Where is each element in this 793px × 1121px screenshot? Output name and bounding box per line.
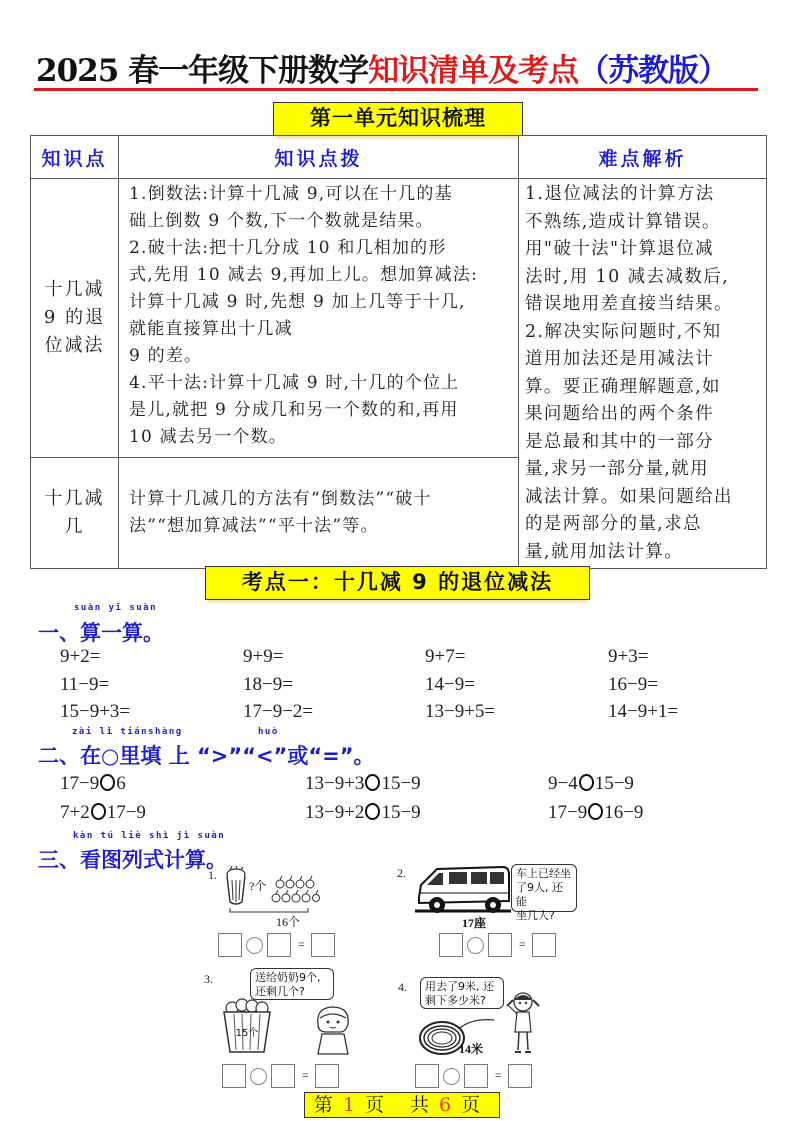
knowledge-table: 知识点 知识点拨 难点解析 十几减 9 的退 位减法 1.倒数法:计算十几减 9… [30, 135, 767, 569]
compare-right: 15−9 [381, 802, 420, 823]
topic-line: 位减法 [35, 332, 114, 360]
analysis-line: 量,就用加法计算。 [525, 539, 760, 567]
speech-box: 车上已经坐 了9人, 还能 坐几人? [511, 864, 577, 912]
title-grade-subject: 2025 春一年级下册数学 [36, 53, 368, 89]
analysis-line: 2.解决实际问题时,不知 [525, 319, 760, 347]
current-page-number: 1 [343, 1094, 365, 1116]
calc-item: 14−9= [425, 674, 475, 696]
tips-cell: 1.倒数法:计算十几减 9,可以在十几的基 础上倒数 9 个数,下一个数就是结果… [119, 179, 519, 458]
calc-item: 17−9−2= [243, 701, 313, 723]
section1-pinyin: suàn yī suàn [74, 603, 157, 613]
compare-left: 9−4 [548, 773, 578, 794]
speech-box: 用去了9米, 还 剩下多少米? [420, 977, 504, 1009]
compare-circle-slot[interactable] [579, 774, 594, 791]
radish-group-icon [270, 874, 320, 908]
seat-count-label: 17座 [462, 914, 486, 931]
compare-item: 13−9+215−9 [305, 802, 421, 824]
section1-heading: 一、算一算。 [38, 617, 164, 647]
compare-item: 9−415−9 [548, 773, 634, 795]
answer-box[interactable] [439, 933, 463, 957]
compare-item: 17−96 [60, 773, 126, 795]
tip-line: 础上倒数 9 个数,下一个数就是结果。 [129, 208, 510, 235]
table-row: 十几减 9 的退 位减法 1.倒数法:计算十几减 9,可以在十几的基 础上倒数 … [31, 179, 767, 458]
footer-suffix: 页 [461, 1094, 490, 1116]
compare-left: 17−9 [60, 773, 99, 794]
speech-line: 还剩几个? [255, 985, 329, 999]
calc-item: 13−9+5= [425, 701, 495, 723]
analysis-line: 果问题给出的两个条件 [525, 401, 760, 429]
topic-line: 几 [35, 513, 114, 541]
analysis-line: 算。要正确理解题意,如 [525, 374, 760, 402]
answer-box[interactable] [508, 1064, 532, 1088]
operator-circle[interactable] [250, 1068, 267, 1085]
compare-circle-slot[interactable] [588, 803, 603, 820]
problem-number: 2. [397, 866, 406, 881]
compare-right: 6 [116, 773, 126, 794]
compare-circle-slot[interactable] [91, 803, 106, 820]
rope-coil-icon [416, 1014, 496, 1058]
topic-cell: 十几减 几 [31, 457, 119, 568]
answer-row: = [218, 932, 335, 958]
compare-left: 13−9+2 [305, 802, 364, 823]
equals-sign: = [519, 939, 525, 951]
girl-icon [312, 1004, 354, 1056]
compare-right: 15−9 [595, 773, 634, 794]
answer-box[interactable] [218, 933, 242, 957]
speech-line: 坐几人? [516, 909, 572, 923]
girl-with-pigtails-icon [505, 990, 541, 1056]
analysis-line: 不熟练,造成计算错误。 [525, 209, 760, 237]
rope-length-label: 14米 [459, 1040, 483, 1057]
calc-item: 9+9= [243, 646, 283, 668]
calc-item: 18−9= [243, 674, 293, 696]
tip-line: 计算十几减几的方法有“倒数法”“破十 [129, 486, 510, 513]
title-underline [34, 88, 758, 91]
exam-point-banner: 考点一：十几减 9 的退位减法 [205, 566, 590, 600]
section2-pinyin: zài lǐ tiánshàng [72, 727, 183, 737]
analysis-line: 的是两部分的量,求总 [525, 511, 760, 539]
answer-box[interactable] [532, 933, 556, 957]
operator-circle[interactable] [443, 1068, 460, 1085]
tip-line: 9 的差。 [129, 343, 510, 370]
calc-item: 9+7= [425, 646, 465, 668]
answer-box[interactable] [415, 1064, 439, 1088]
tip-line: 10 减去另一个数。 [129, 424, 510, 451]
compare-right: 15−9 [381, 773, 420, 794]
problem-number: 1. [208, 868, 217, 883]
tip-line: 式,先用 10 减去 9,再加上儿。想加算减法: [129, 262, 510, 289]
analysis-line: 1.退位减法的计算方法 [525, 181, 760, 209]
topic-cell: 十几减 9 的退 位减法 [31, 179, 119, 458]
operator-circle[interactable] [467, 937, 484, 954]
compare-right: 17−9 [107, 802, 146, 823]
calc-item: 14−9+1= [608, 701, 678, 723]
calc-item: 11−9= [60, 674, 109, 696]
analysis-line: 减法计算。如果问题给出 [525, 484, 760, 512]
answer-box[interactable] [271, 1064, 295, 1088]
speech-box: 送给奶奶9个, 还剩几个? [250, 968, 334, 1000]
compare-circle-slot[interactable] [100, 774, 115, 791]
section2-heading: 二、在○里填 上 “>”“<”或“=”。 [38, 740, 375, 770]
topic-line: 9 的退 [35, 304, 114, 332]
total-pages-number: 6 [439, 1094, 461, 1116]
total-label: 16个 [276, 913, 300, 930]
tip-line: 法”“想加算减法”“平十法”等。 [129, 513, 510, 540]
speech-line: 用去了9米, 还 [425, 980, 499, 994]
section2-pinyin-huo: huò [258, 727, 279, 737]
equals-sign: = [495, 1070, 501, 1082]
header-tips: 知识点拨 [119, 136, 519, 179]
topic-line: 十几减 [35, 485, 114, 513]
analysis-line: 道用加法还是用减法计 [525, 346, 760, 374]
footer-prefix: 第 [314, 1094, 343, 1116]
table-header-row: 知识点 知识点拨 难点解析 [31, 136, 767, 179]
title-knowledge-list: 知识清单及考点 [368, 53, 578, 89]
analysis-line: 量,求另一部分量,就用 [525, 456, 760, 484]
unit-banner: 第一单元知识梳理 [273, 102, 523, 136]
page-indicator: 第1页 共6页 [304, 1092, 500, 1118]
compare-left: 17−9 [548, 802, 587, 823]
analysis-line: 错误地用差直接当结果。 [525, 291, 760, 319]
answer-box[interactable] [311, 933, 335, 957]
speech-line: 了9人, 还能 [516, 881, 572, 909]
compare-item: 13−9+315−9 [305, 773, 421, 795]
calc-item: 15−9+3= [60, 701, 130, 723]
basket-count: 15个 [236, 1026, 259, 1039]
tip-line: 2.破十法:把十几分成 10 和几相加的形 [129, 235, 510, 262]
answer-row: = [439, 932, 556, 958]
tip-line: 就能直接算出十几减 [129, 316, 510, 343]
speech-line: 车上已经坐 [516, 867, 572, 881]
answer-row: = [222, 1063, 339, 1089]
analysis-line: 用"破十法"计算退位减 [525, 236, 760, 264]
answer-box[interactable] [464, 1064, 488, 1088]
compare-circle-slot[interactable] [365, 803, 380, 820]
title-edition: （苏教版） [578, 53, 728, 89]
apple-basket-icon: 15个 [222, 998, 272, 1056]
section3-heading: 三、看图列式计算。 [38, 844, 227, 874]
header-knowledge-point: 知识点 [31, 136, 119, 179]
calc-item: 9+2= [60, 646, 100, 668]
question-mark-label: ?个 [249, 877, 266, 894]
compare-left: 13−9+3 [305, 773, 364, 794]
tip-line: 4.平十法:计算十几减 9 时,十几的个位上 [129, 370, 510, 397]
equals-sign: = [298, 939, 304, 951]
equals-sign: = [302, 1070, 308, 1082]
speech-line: 送给奶奶9个, [255, 971, 329, 985]
compare-left: 7+2 [60, 802, 90, 823]
speech-line: 剩下多少米? [425, 994, 499, 1008]
topic-line: 十几减 [35, 276, 114, 304]
calc-item: 16−9= [608, 674, 658, 696]
analysis-cell: 1.退位减法的计算方法 不熟练,造成计算错误。 用"破十法"计算退位减 法时,用… [519, 179, 767, 569]
answer-box[interactable] [315, 1064, 339, 1088]
analysis-line: 是总最和其中的一部分 [525, 429, 760, 457]
compare-right: 16−9 [604, 802, 643, 823]
problem-number: 4. [398, 980, 407, 995]
problem-number: 3. [204, 972, 213, 987]
section3-pinyin: kàn tú liè shì jì suàn [73, 831, 225, 841]
calc-item: 9+3= [608, 646, 648, 668]
tip-line: 计算十几减 9 时,先想 9 加上几等于十几, [129, 289, 510, 316]
tip-line: 是儿,就把 9 分成几和另一个数的和,再用 [129, 397, 510, 424]
answer-box[interactable] [222, 1064, 246, 1088]
answer-box[interactable] [488, 933, 512, 957]
answer-row: = [415, 1063, 532, 1089]
compare-circle-slot[interactable] [365, 774, 380, 791]
analysis-line: 法时,用 10 减去减数后, [525, 264, 760, 292]
answer-box[interactable] [267, 933, 291, 957]
van-icon [415, 863, 511, 915]
footer-middle: 页 共 [365, 1094, 439, 1116]
header-difficulty-analysis: 难点解析 [519, 136, 767, 179]
operator-circle[interactable] [246, 937, 263, 954]
tip-line: 1.倒数法:计算十几减 9,可以在十几的基 [129, 181, 510, 208]
compare-item: 7+217−9 [60, 802, 146, 824]
tips-cell: 计算十几减几的方法有“倒数法”“破十 法”“想加算减法”“平十法”等。 [119, 457, 519, 568]
compare-item: 17−916−9 [548, 802, 643, 824]
